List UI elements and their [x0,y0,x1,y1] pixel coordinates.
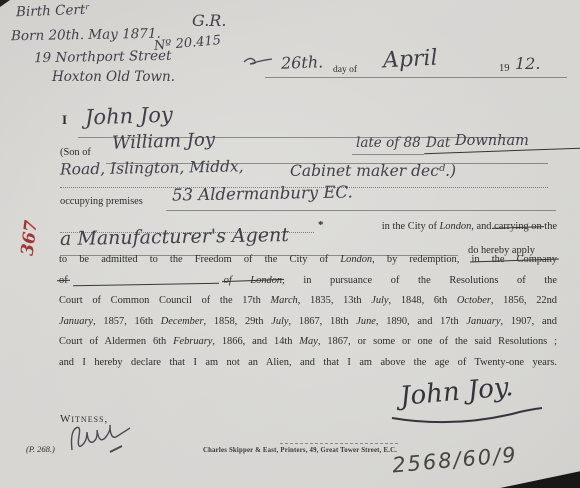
date-day-of-label: day of [333,65,357,75]
scanned-document-page: Birth Certʳ Born 20th. May 1871. 19 Nort… [0,0,580,488]
annotation-street: 19 Northport Street [34,48,172,66]
body-line-3: Court of Common Council of the 17th Marc… [59,291,557,312]
late-of-rule [352,154,424,155]
annotation-gr-number: Nº 20.415 [153,33,221,54]
body-line-4: January, 1857, 16th December, 1858, 29th… [59,312,557,333]
body-line-5: Court of Aldermen 6th February, 1866, an… [59,332,557,353]
date-month: April [382,46,438,74]
body-line-2: ofof London, in pursuance of the Resolut… [59,271,557,292]
signature-flourish [388,404,548,424]
place-name: Downham [455,133,529,149]
top-corner-mark [0,0,10,7]
printer-rule [280,443,398,444]
plate-number: (P. 268.) [26,444,55,454]
date-year: 12. [515,54,540,73]
pen-squiggle [243,55,273,67]
witness-signature [66,418,130,460]
date-day: 26th. [281,52,324,72]
premises-rule [166,210,556,211]
annotation-born-date: Born 20th. May 1871. [11,26,161,45]
father-name: William Joy [112,129,216,154]
premises-value: 53 Aldermanbury EC. [172,182,353,204]
son-of-label: (Son of [60,147,91,158]
city-line: in the City of London, and carrying on t… [330,221,557,232]
body-paragraph: to be admitted to the Freedom of the Cit… [59,250,557,373]
margin-number: 367 [18,219,42,257]
applicant-name: John Joy [85,102,174,129]
date-century: 19 [499,63,510,74]
date-rule [265,77,567,78]
corner-shadow [500,469,580,488]
footnote-mark: * [318,219,324,231]
occupying-premises-label: occupying premises [60,196,143,207]
occupation-value: a Manufacturer's Agent [60,224,289,250]
reference-number: 2568/60/9 [391,443,518,478]
address-line: Road, Islington, Middx, [60,157,244,178]
annotation-birth-cert: Birth Certʳ [16,2,91,21]
printer-credit: Charles Skipper & East, Printers, 49, Gr… [203,447,397,454]
annotation-town: Hoxton Old Town. [52,69,175,85]
form-initial: I [62,112,67,128]
annotation-gr: G.R. [192,11,226,30]
body-line-1: to be admitted to the Freedom of the Cit… [59,250,557,271]
body-line-6: and I hereby declare that I am not an Al… [59,353,557,374]
occupation-note: Cabinet maker decᵈ.) [290,162,456,180]
late-of-text: late of 88 [356,135,421,151]
